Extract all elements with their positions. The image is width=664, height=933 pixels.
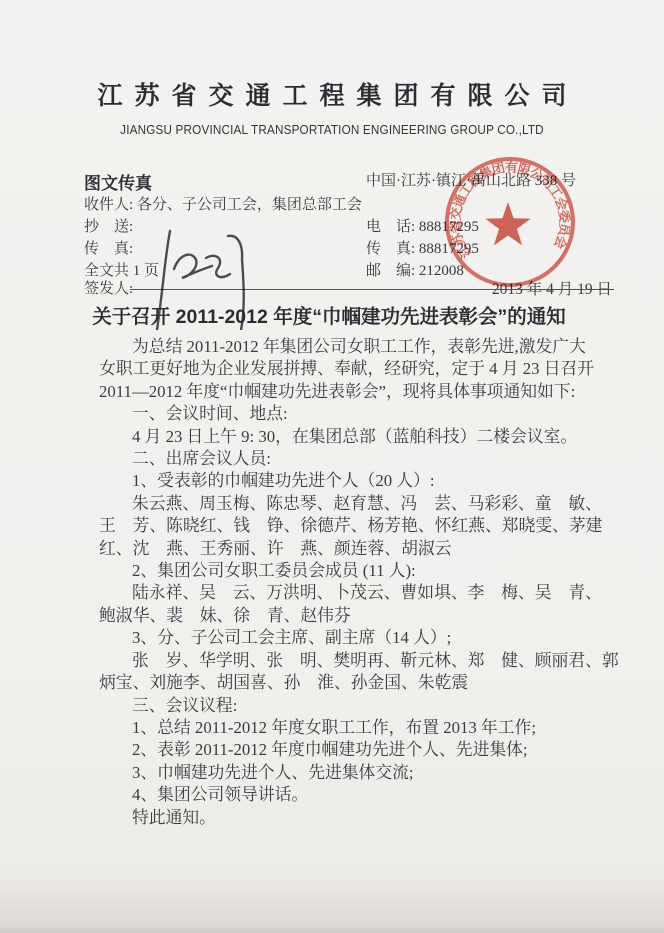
body-line: 4、集团公司领导讲话。 — [99, 784, 616, 806]
body-line: 特此通知。 — [99, 807, 616, 829]
body-line: 陆永祥、吴 云、万洪明、卜茂云、曹如埧、李 梅、吴 青、 — [99, 582, 616, 604]
company-name-english: JIANGSU PROVINCIAL TRANSPORTATION ENGINE… — [33, 122, 631, 137]
body-line: 2、表彰 2011-2012 年度巾帼建功先进个人、先进集体; — [99, 739, 616, 761]
body-line: 2011—2012 年度“巾帼建功先进表彰会”，现将具体事项通知如下: — [99, 381, 616, 403]
body-line: 3、分、子公司工会主席、副主席（14 人）; — [99, 627, 616, 649]
recipient-line: 收件人: 各分、子公司工会，集团总部工会 — [84, 193, 366, 215]
doc-type-label: 图文传真 — [84, 169, 366, 193]
body-line: 二、出席会议人员: — [99, 448, 616, 470]
body-line: 1、总结 2011-2012 年度女职工工作，布置 2013 年工作; — [99, 717, 616, 739]
body-line: 朱云燕、周玉梅、陈忠琴、赵育慧、冯 芸、马彩彩、童 敏、 — [99, 493, 616, 515]
red-union-seal: 江苏省交通工程集团有限公司工会委员会 — [442, 154, 578, 290]
body-line: 3、巾帼建功先进个人、先进集体交流; — [99, 762, 616, 784]
body-line: 王 芳、陈晓红、钱 铮、徐德芹、杨芳艳、怀红燕、郑晓雯、茅建 — [99, 515, 616, 537]
body-line: 4 月 23 日上午 9: 30，在集团总部（蓝舶科技）二楼会议室。 — [99, 426, 616, 448]
body-line: 2、集团公司女职工委员会成员 (11 人): — [99, 560, 616, 582]
body-line: 1、受表彰的巾帼建功先进个人（20 人）: — [99, 470, 616, 492]
seal-star-icon — [485, 202, 531, 245]
body-line: 张 岁、华学明、张 明、樊明再、靳元林、郑 健、顾丽君、郭 — [99, 650, 616, 672]
company-name-chinese: 江苏省交通工程集团有限公司 — [0, 76, 664, 112]
notice-body: 为总结 2011-2012 年集团公司女职工工作，表彰先进,激发广大女职工更好地… — [99, 336, 616, 829]
notice-title: 关于召开 2011-2012 年度“巾帼建功先进表彰会”的通知 — [0, 301, 658, 329]
body-line: 鲍淑华、裴 妹、徐 青、赵伟芬 — [99, 605, 616, 627]
body-line: 女职工更好地为企业发展拼搏、奉献，经研究，定于 4 月 23 日召开 — [99, 358, 616, 380]
body-line: 红、沈 燕、王秀丽、许 燕、颜连蓉、胡淑云 — [99, 538, 616, 560]
body-line: 一、会议时间、地点: — [99, 403, 616, 425]
body-line: 为总结 2011-2012 年集团公司女职工工作，表彰先进,激发广大 — [99, 336, 616, 358]
body-line: 三、会议议程: — [99, 695, 616, 717]
fax-document-page: 江苏省交通工程集团有限公司 JIANGSU PROVINCIAL TRANSPO… — [0, 0, 664, 933]
body-line: 炳宝、刘施李、胡国喜、孙 淮、孙金国、朱乾震 — [99, 672, 616, 694]
